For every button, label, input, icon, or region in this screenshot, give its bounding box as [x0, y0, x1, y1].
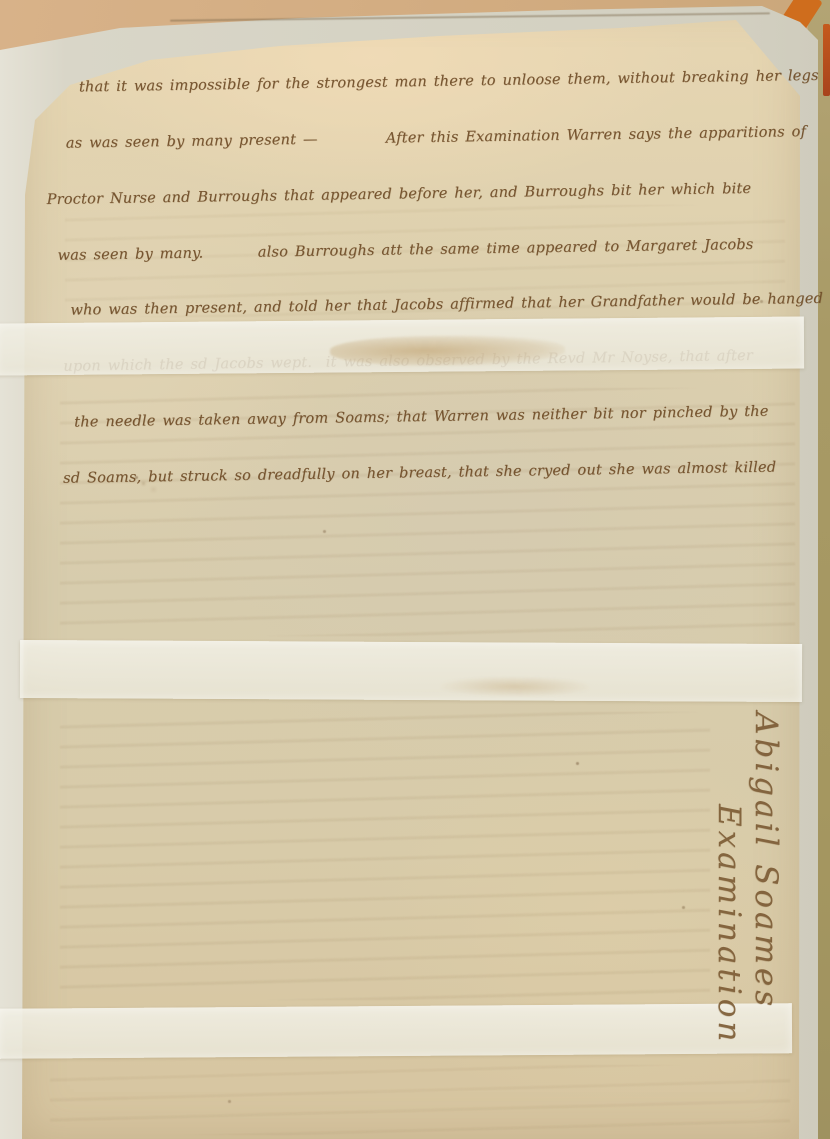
manuscript-line-8: sd Soams, but struck so dreadfully on he… — [63, 458, 811, 488]
manuscript-photo: that it was impossible for the strongest… — [0, 0, 830, 1139]
docket-text: Abigail Soames Examination — [710, 712, 784, 1045]
bleedthrough-region — [60, 712, 710, 1000]
manuscript-line-4: was seen by many. also Burroughs att the… — [57, 235, 807, 265]
repair-tape-top — [0, 316, 804, 375]
docket-name: Abigail Soames — [747, 712, 784, 1045]
bleedthrough-region — [50, 1065, 790, 1135]
tape-stain — [440, 676, 590, 697]
manuscript-line-1: that it was impossible for the strongest… — [79, 67, 805, 97]
repair-tape-bottom — [0, 1003, 792, 1059]
repair-tape-middle — [20, 640, 802, 702]
handwriting-block: that it was impossible for the strongest… — [44, 30, 811, 525]
tape-stain — [330, 335, 565, 367]
manuscript-line-3: Proctor Nurse and Burroughs that appeare… — [47, 179, 807, 210]
binding-edge — [823, 24, 830, 96]
manuscript-line-7: the needle was taken away from Soams; th… — [74, 402, 810, 432]
docket-label: Examination — [710, 712, 747, 1045]
manuscript-line-5: who was then present, and told her that … — [70, 290, 808, 320]
manuscript-line-2: as was seen by many present — After this… — [66, 123, 806, 153]
ink-specks — [20, 0, 23, 3]
